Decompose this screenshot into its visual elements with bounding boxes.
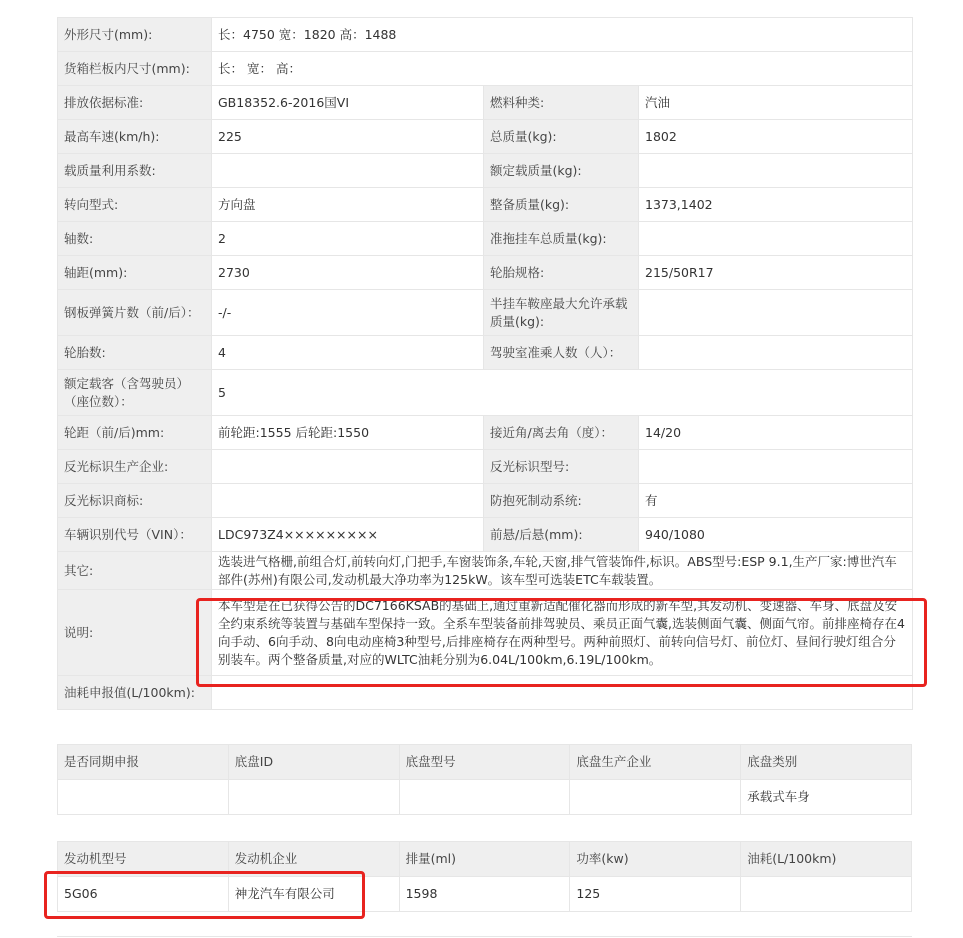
chassis-header: 是否同期申报 — [58, 745, 229, 780]
spec-label: 车辆识别代号（VIN）： — [58, 518, 212, 552]
spec-value: 选装进气格栅,前组合灯,前转向灯,门把手,车窗装饰条,车轮,天窗,排气管装饰件,… — [212, 552, 913, 590]
spec-value — [212, 154, 484, 188]
spec-label: 接近角/离去角（度）： — [484, 416, 639, 450]
engine-header: 功率(kw) — [570, 842, 741, 877]
chassis-header: 底盘ID — [228, 745, 399, 780]
spec-label: 油耗申报值(L/100km): — [58, 676, 212, 710]
spec-label: 半挂车鞍座最大允许承载质量(kg): — [484, 290, 639, 336]
spec-value — [639, 336, 913, 370]
spec-row: 轴数:2准拖挂车总质量(kg): — [58, 222, 913, 256]
spec-row: 油耗申报值(L/100km): — [58, 676, 913, 710]
chassis-cell: 承载式车身 — [741, 780, 912, 815]
spec-row: 其它:选装进气格栅,前组合灯,前转向灯,门把手,车窗装饰条,车轮,天窗,排气管装… — [58, 552, 913, 590]
spec-value: 方向盘 — [212, 188, 484, 222]
spec-value: 1373,1402 — [639, 188, 913, 222]
spec-label: 货箱栏板内尺寸(mm): — [58, 52, 212, 86]
engine-cell: 神龙汽车有限公司 — [228, 877, 399, 912]
spec-value: 2 — [212, 222, 484, 256]
spec-label: 排放依据标准: — [58, 86, 212, 120]
spec-value — [639, 450, 913, 484]
chassis-cell — [399, 780, 570, 815]
spec-value: 940/1080 — [639, 518, 913, 552]
spec-label: 反光标识商标: — [58, 484, 212, 518]
spec-label: 载质量利用系数: — [58, 154, 212, 188]
chassis-cell — [58, 780, 229, 815]
spec-row: 反光标识生产企业:反光标识型号: — [58, 450, 913, 484]
engine-table: 发动机型号发动机企业排量(ml)功率(kw)油耗(L/100km) 5G06神龙… — [57, 841, 912, 912]
spec-label: 准拖挂车总质量(kg): — [484, 222, 639, 256]
spec-row: 反光标识商标:防抱死制动系统:有 — [58, 484, 913, 518]
spec-label: 轴数: — [58, 222, 212, 256]
spec-label: 其它: — [58, 552, 212, 590]
spec-value: 长： 宽： 高： — [212, 52, 913, 86]
spec-label: 驾驶室准乘人数（人）： — [484, 336, 639, 370]
chassis-row: 承载式车身 — [58, 780, 912, 815]
spec-label: 最高车速(km/h): — [58, 120, 212, 154]
chassis-header: 底盘类别 — [741, 745, 912, 780]
spec-value: 前轮距:1555 后轮距:1550 — [212, 416, 484, 450]
spec-value: GB18352.6-2016国VI — [212, 86, 484, 120]
spec-value: 有 — [639, 484, 913, 518]
spec-label: 转向型式: — [58, 188, 212, 222]
spec-label: 燃料种类: — [484, 86, 639, 120]
spec-row: 货箱栏板内尺寸(mm):长： 宽： 高： — [58, 52, 913, 86]
spec-value: -/- — [212, 290, 484, 336]
spec-value: 1802 — [639, 120, 913, 154]
spec-row: 排放依据标准:GB18352.6-2016国VI燃料种类:汽油 — [58, 86, 913, 120]
chassis-header: 底盘生产企业 — [570, 745, 741, 780]
engine-cell: 125 — [570, 877, 741, 912]
spec-label: 总质量(kg): — [484, 120, 639, 154]
spec-value — [212, 450, 484, 484]
engine-row: 5G06神龙汽车有限公司1598125 — [58, 877, 912, 912]
engine-header: 油耗(L/100km) — [741, 842, 912, 877]
spec-row: 轮距（前/后)mm:前轮距:1555 后轮距:1550接近角/离去角（度）：14… — [58, 416, 913, 450]
spec-value: 汽油 — [639, 86, 913, 120]
engine-header: 发动机型号 — [58, 842, 229, 877]
spec-value — [212, 484, 484, 518]
spec-label: 反光标识生产企业: — [58, 450, 212, 484]
spec-label: 轮胎规格: — [484, 256, 639, 290]
spec-label: 轴距(mm): — [58, 256, 212, 290]
engine-cell — [741, 877, 912, 912]
spec-value — [212, 676, 913, 710]
spec-label: 整备质量(kg): — [484, 188, 639, 222]
spec-value: 4 — [212, 336, 484, 370]
spec-value — [639, 222, 913, 256]
spec-row: 载质量利用系数:额定载质量(kg): — [58, 154, 913, 188]
engine-header: 发动机企业 — [228, 842, 399, 877]
spec-value: 225 — [212, 120, 484, 154]
spec-value: 本车型是在已获得公告的DC7166KSAB的基础上,通过重新适配催化器而形成的新… — [212, 590, 913, 676]
vehicle-spec-table: 外形尺寸(mm):长：4750 宽：1820 高：1488货箱栏板内尺寸(mm)… — [57, 17, 913, 710]
engine-cell: 5G06 — [58, 877, 229, 912]
spec-label: 外形尺寸(mm): — [58, 18, 212, 52]
spec-row: 轴距(mm):2730轮胎规格:215/50R17 — [58, 256, 913, 290]
spec-label: 钢板弹簧片数（前/后）： — [58, 290, 212, 336]
spec-label: 前悬/后悬(mm): — [484, 518, 639, 552]
spec-value: LDC973Z4××××××××× — [212, 518, 484, 552]
spec-value — [639, 154, 913, 188]
spec-label: 额定载质量(kg): — [484, 154, 639, 188]
spec-value: 14/20 — [639, 416, 913, 450]
chassis-table: 是否同期申报底盘ID底盘型号底盘生产企业底盘类别 承载式车身 — [57, 744, 912, 815]
spec-row: 额定载客（含驾驶员）（座位数）：5 — [58, 370, 913, 416]
spec-value: 215/50R17 — [639, 256, 913, 290]
spec-row: 外形尺寸(mm):长：4750 宽：1820 高：1488 — [58, 18, 913, 52]
chassis-cell — [228, 780, 399, 815]
chassis-header: 底盘型号 — [399, 745, 570, 780]
spec-row: 轮胎数:4驾驶室准乘人数（人）： — [58, 336, 913, 370]
spec-row: 车辆识别代号（VIN）：LDC973Z4×××××××××前悬/后悬(mm):9… — [58, 518, 913, 552]
spec-value — [639, 290, 913, 336]
spec-label: 轮距（前/后)mm: — [58, 416, 212, 450]
spec-value: 5 — [212, 370, 913, 416]
spec-value: 长：4750 宽：1820 高：1488 — [212, 18, 913, 52]
spec-row: 钢板弹簧片数（前/后）：-/-半挂车鞍座最大允许承载质量(kg): — [58, 290, 913, 336]
spec-value: 2730 — [212, 256, 484, 290]
spec-row: 转向型式:方向盘整备质量(kg):1373,1402 — [58, 188, 913, 222]
chassis-cell — [570, 780, 741, 815]
engine-header: 排量(ml) — [399, 842, 570, 877]
spec-label: 轮胎数: — [58, 336, 212, 370]
spec-row: 说明:本车型是在已获得公告的DC7166KSAB的基础上,通过重新适配催化器而形… — [58, 590, 913, 676]
spec-label: 防抱死制动系统: — [484, 484, 639, 518]
spec-label: 说明: — [58, 590, 212, 676]
spec-label: 反光标识型号: — [484, 450, 639, 484]
spec-label: 额定载客（含驾驶员）（座位数）： — [58, 370, 212, 416]
spec-row: 最高车速(km/h):225总质量(kg):1802 — [58, 120, 913, 154]
engine-cell: 1598 — [399, 877, 570, 912]
